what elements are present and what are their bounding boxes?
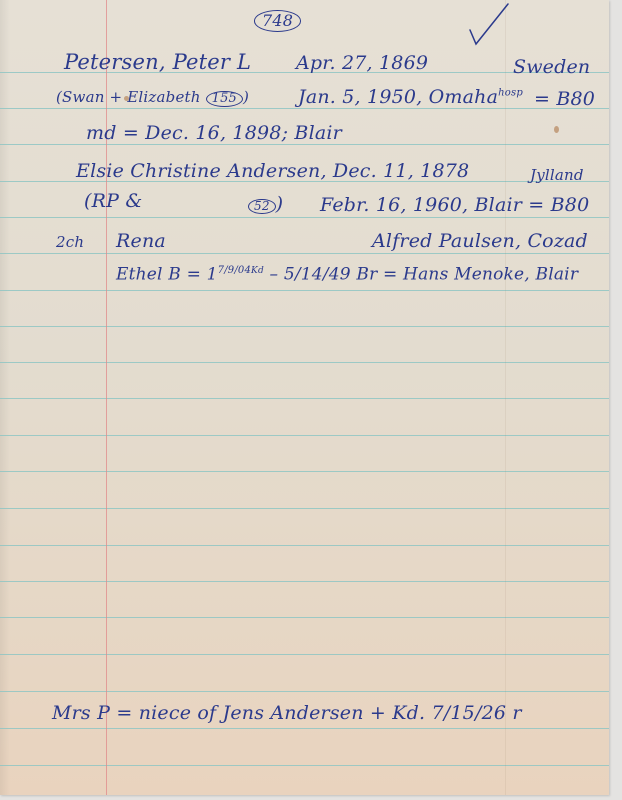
spouse-parents: (RP & — [84, 192, 142, 211]
ruled-line — [0, 362, 609, 363]
ruled-line — [0, 508, 609, 509]
ruled-line — [0, 398, 609, 399]
burial-code: = B80 — [534, 90, 595, 109]
ink-stain — [554, 126, 559, 133]
ruled-line — [0, 654, 609, 655]
parents-ref: 155 — [206, 91, 243, 107]
death-info: Jan. 5, 1950, Omahahosp — [298, 88, 523, 107]
child-1-spouse: Alfred Paulsen, Cozad — [372, 232, 588, 251]
ruled-line — [0, 728, 609, 729]
ruled-line — [0, 471, 609, 472]
ruled-line — [0, 691, 609, 692]
ruled-line — [0, 617, 609, 618]
paper-fold — [505, 0, 506, 795]
ruled-line — [0, 326, 609, 327]
children-count: 2ch — [56, 235, 84, 250]
ruled-line — [0, 545, 609, 546]
spouse-death: Febr. 16, 1960, Blair = B80 — [320, 196, 589, 215]
footer-note: Mrs P = niece of Jens Andersen + Kd. 7/1… — [52, 704, 522, 723]
page-number: 748 — [254, 10, 301, 32]
marriage-info: md = Dec. 16, 1898; Blair — [86, 124, 342, 143]
ruled-line — [0, 435, 609, 436]
ruled-line — [0, 108, 609, 109]
child-2-info: Ethel B = 17/9/04Kd – 5/14/49 Br = Hans … — [116, 266, 578, 284]
birth-date: Apr. 27, 1869 — [296, 54, 428, 73]
person-name: Petersen, Peter L — [64, 52, 251, 73]
ruled-line — [0, 144, 609, 145]
parents: (Swan + Elizabeth 155) — [56, 90, 249, 107]
spouse-birth-place: Jylland — [530, 168, 584, 183]
margin-line — [106, 0, 107, 795]
check-mark-icon — [462, 2, 512, 46]
child-1-name: Rena — [116, 232, 166, 251]
spouse-info: Elsie Christine Andersen, Dec. 11, 1878 — [76, 162, 469, 181]
ruled-line — [0, 253, 609, 254]
birth-place: Sweden — [513, 58, 590, 77]
spouse-ref: 52) — [248, 195, 283, 214]
ruled-line — [0, 217, 609, 218]
ruled-line — [0, 290, 609, 291]
death-note: hosp — [498, 88, 523, 99]
ruled-line — [0, 765, 609, 766]
notebook-page: 748 Petersen, Peter L Apr. 27, 1869 Swed… — [0, 0, 609, 795]
ruled-line — [0, 581, 609, 582]
